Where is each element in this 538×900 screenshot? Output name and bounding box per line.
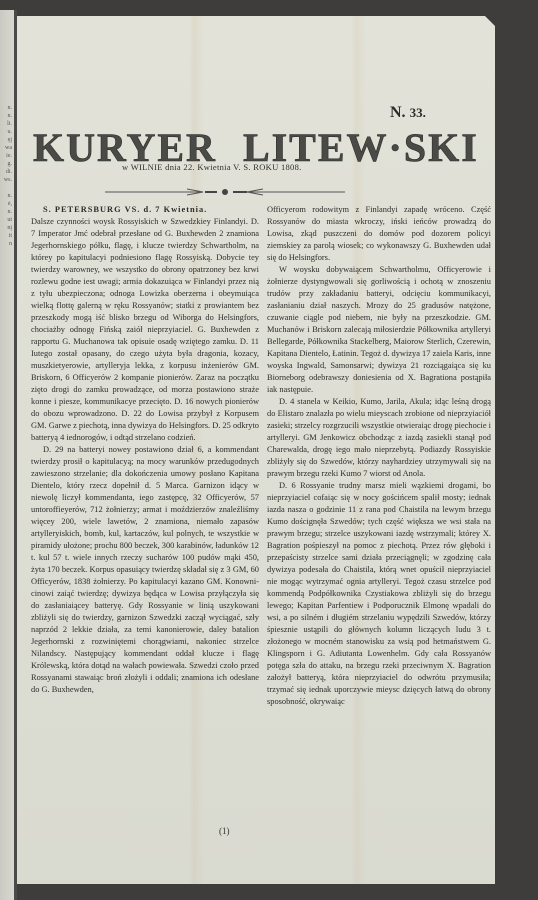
- previous-page-line: n.: [0, 192, 12, 200]
- article-paragraph: Officyerom rodowitym z Finlandyi zapadę …: [267, 204, 491, 264]
- article-column-right: Officyerom rodowitym z Finlandyi zapadę …: [267, 204, 491, 708]
- previous-page-edge: n.n.li.u.ęįwaie.g.di.ws. n.ė,n.utnįitn: [0, 10, 14, 900]
- previous-page-line: n.: [0, 112, 12, 120]
- article-paragraph: D. 6 Rossyanie trudny marsz mieli wązkie…: [267, 480, 491, 708]
- previous-page-line: ws.: [0, 176, 12, 184]
- issue-number: N.33.: [390, 104, 426, 122]
- ornamental-rule-icon: [105, 188, 345, 196]
- previous-page-line: ut: [0, 216, 12, 224]
- issue-label: N.: [390, 104, 406, 121]
- previous-page-line: g.: [0, 160, 12, 168]
- previous-page-line: ie.: [0, 152, 12, 160]
- previous-page-line: n.: [0, 104, 12, 112]
- article-paragraph: W woysku dobywaiącem Schwartholmu, Offic…: [267, 264, 491, 396]
- previous-page-line: nį: [0, 224, 12, 232]
- issue-number-value: 33.: [410, 105, 426, 120]
- previous-page-line: ęį: [0, 136, 12, 144]
- previous-page-line: n.: [0, 208, 12, 216]
- page-number: (1): [219, 826, 230, 836]
- previous-page-line: it: [0, 232, 12, 240]
- article-column-left: S. PETERSBURG VS. d. 7 Kwietnia. Dalsze …: [31, 204, 259, 696]
- previous-page-line: u.: [0, 128, 12, 136]
- previous-page-line: li.: [0, 120, 12, 128]
- newspaper-page: N.33. KURYERLITEW·SKI w WILNIE dnia 22. …: [17, 16, 495, 884]
- previous-page-text-fragment: n.n.li.u.ęįwaie.g.di.ws. n.ė,n.utnįitn: [0, 104, 14, 248]
- previous-page-line: wa: [0, 144, 12, 152]
- article-heading: S. PETERSBURG VS. d. 7 Kwietnia.: [31, 204, 259, 216]
- dateline: w WILNIE dnia 22. Kwietnia V. S. ROKU 18…: [122, 162, 302, 172]
- folded-corner: [485, 16, 495, 26]
- previous-page-line: di.: [0, 168, 12, 176]
- article-paragraph: Dalsze czynności woysk Rossyiskich w Szw…: [31, 216, 259, 444]
- previous-page-line: ė,: [0, 200, 12, 208]
- previous-page-line: [0, 184, 12, 192]
- article-paragraph: D. 4 stanela w Keikio, Kumo, Jarila, Aku…: [267, 396, 491, 480]
- previous-page-line: n: [0, 240, 12, 248]
- article-paragraph: D. 29 na batteryi nowey postawiono dział…: [31, 444, 259, 696]
